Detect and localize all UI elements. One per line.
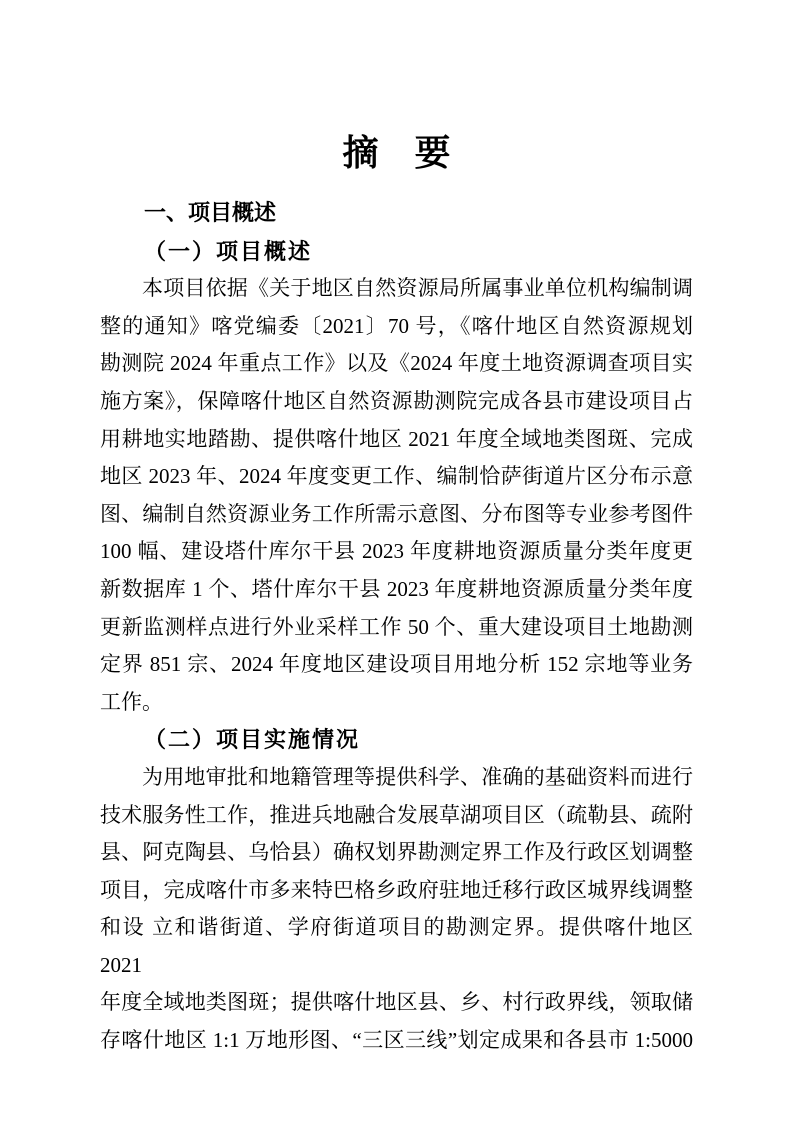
text-line: 年度全域地类图斑；提供喀什地区县、乡、村行政界线，领取储 [100, 984, 693, 1022]
subsection-heading-1-project-overview: （一）项目概述 [100, 233, 693, 271]
text-line: 定界 851 宗、2024 年度地区建设项目用地分析 152 宗地等业务 [100, 646, 693, 684]
text-line: 和设 立和谐街道、学府街道项目的勘测定界。提供喀什地区2021 [100, 909, 693, 984]
paragraph-project-overview: 本项目依据《关于地区自然资源局所属事业单位机构编制调整的通知》喀党编委〔2021… [100, 270, 693, 721]
text-line: 用耕地实地踏勘、提供喀什地区 2021 年度全域地类图斑、完成 [100, 421, 693, 459]
text-line: 勘测院 2024 年重点工作》以及《2024 年度土地资源调查项目实 [100, 345, 693, 383]
section-heading-project-overview: 一、项目概述 [100, 195, 693, 233]
document-page: 摘 要 一、项目概述 （一）项目概述 本项目依据《关于地区自然资源局所属事业单位… [0, 0, 793, 1122]
text-line: 更新监测样点进行外业采样工作 50 个、重大建设项目土地勘测 [100, 609, 693, 647]
text-line: 项目，完成喀什市多来特巴格乡政府驻地迁移行政区城界线调整 [100, 872, 693, 910]
text-line: 新数据库 1 个、塔什库尔干县 2023 年度耕地资源质量分类年度 [100, 571, 693, 609]
page-title: 摘 要 [100, 128, 693, 180]
text-line: 施方案》，保障喀什地区自然资源勘测院完成各县市建设项目占 [100, 383, 693, 421]
paragraph-implementation-status: 为用地审批和地籍管理等提供科学、准确的基础资料而进行技术服务性工作，推进兵地融合… [100, 759, 693, 1060]
text-line: 技术服务性工作，推进兵地融合发展草湖项目区（疏勒县、疏附 [100, 797, 693, 835]
text-line: 为用地审批和地籍管理等提供科学、准确的基础资料而进行 [100, 759, 693, 797]
text-line: 本项目依据《关于地区自然资源局所属事业单位机构编制调 [100, 270, 693, 308]
text-line: 工作。 [100, 684, 693, 722]
text-line: 存喀什地区 1:1 万地形图、“三区三线”划定成果和各县市 1:5000 [100, 1022, 693, 1060]
text-line: 图、编制自然资源业务工作所需示意图、分布图等专业参考图件 [100, 496, 693, 534]
text-line: 县、阿克陶县、乌恰县）确权划界勘测定界工作及行政区划调整 [100, 834, 693, 872]
text-line: 整的通知》喀党编委〔2021〕70 号，《喀什地区自然资源规划 [100, 308, 693, 346]
text-line: 100 幅、建设塔什库尔干县 2023 年度耕地资源质量分类年度更 [100, 533, 693, 571]
text-line: 地区 2023 年、2024 年度变更工作、编制恰萨街道片区分布示意 [100, 458, 693, 496]
subsection-heading-2-implementation-status: （二）项目实施情况 [100, 721, 693, 759]
